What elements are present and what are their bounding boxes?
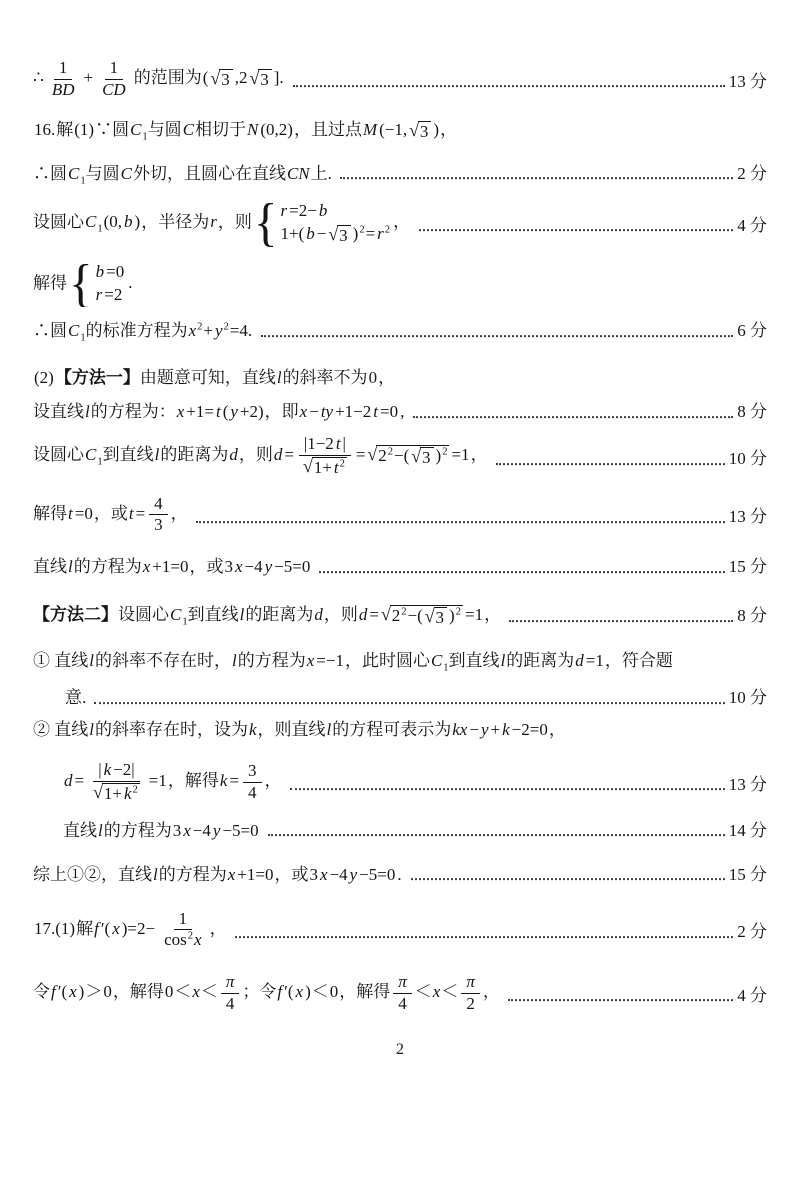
line-content: ② 直线l的斜率存在时，设为k，则直线l的方程可表示为kx−y+k−2=0，: [33, 715, 566, 740]
text-run: ＜: [312, 982, 329, 1001]
text-run: 解得: [33, 504, 67, 523]
math-variable: d: [313, 605, 324, 624]
solution-line-18: 综上①②，直线l的方程为x+1=0，或3x−4y−5=0.15 分: [33, 860, 767, 885]
math-variable: x: [295, 982, 305, 1001]
math-variable: l: [88, 651, 95, 670]
math-variable: C: [430, 651, 443, 670]
math-text: =: [365, 224, 377, 243]
math-text: +1−2: [334, 402, 372, 421]
dots-leader: [235, 936, 734, 938]
math-text: =0: [379, 402, 399, 421]
line-content: 解得t=0，或t=43，: [33, 495, 188, 535]
fraction: π4: [393, 973, 412, 1013]
math-text: −2=0: [511, 720, 549, 739]
line-content: ∴圆C1与圆C外切，且圆心在直线CN上.: [33, 159, 332, 184]
text-run: ，解得: [339, 982, 390, 1001]
solution-line-16: d=|k−2|√1+k2=1，解得k=34，13 分: [33, 761, 767, 803]
dots-leader: [509, 620, 733, 622]
math-text: |1−2: [303, 435, 335, 453]
math-variable: f: [50, 982, 57, 1001]
line-content: ∴1BD+1CD的范围为(√3,2√3].: [33, 59, 285, 99]
text-run: ，此时圆心: [345, 651, 430, 670]
math-text: 4: [153, 495, 164, 513]
math-variable: kx: [451, 720, 468, 739]
line-content: 解得{b=0r=2.: [33, 261, 134, 308]
math-text: +: [490, 720, 502, 739]
square-root: √22−(√3)2: [367, 445, 449, 467]
text-run: ② 直线: [33, 720, 88, 739]
math-variable: y: [229, 402, 239, 421]
solution-line-8: 设直线l的方程为：x+1=t(y+2)，即x−ty+1−2t=0,8 分: [33, 397, 767, 422]
dots-leader: [293, 85, 725, 87]
text-run: 的方程为: [159, 865, 227, 884]
text-run: ，解得: [113, 982, 164, 1001]
text-run: 解: [76, 919, 93, 938]
math-variable: l: [152, 865, 159, 884]
math-text: ，: [392, 212, 411, 231]
math-variable: b: [318, 201, 329, 220]
dots-leader: [196, 521, 725, 523]
text-run: ，则: [218, 212, 252, 231]
math-variable: CN: [286, 164, 311, 183]
superscript: 2: [401, 606, 406, 617]
math-text: ′(: [57, 982, 68, 1001]
math-variable: x: [234, 557, 244, 576]
square-root: √3: [411, 447, 433, 468]
math-variable: k: [248, 720, 258, 739]
radicand: 22−(√3)2: [390, 605, 463, 627]
math-variable: BD: [51, 80, 76, 99]
math-variable: t: [333, 458, 340, 477]
superscript: 2: [359, 225, 364, 236]
radicand: 3: [434, 607, 448, 628]
fraction-numerator: 1: [174, 910, 193, 931]
math-variable: b: [95, 262, 106, 281]
math-variable: π: [465, 973, 476, 991]
text-run: 解: [56, 120, 73, 139]
math-variable: CD: [101, 80, 127, 99]
math-text: 1: [58, 59, 69, 77]
math-text: 1+(: [280, 224, 306, 243]
math-variable: x: [68, 982, 78, 1001]
math-text: 3: [259, 70, 270, 89]
fraction-denominator: 4: [221, 994, 240, 1014]
math-variable: C: [169, 605, 182, 624]
dots-leader: [413, 416, 733, 418]
score-label: 2 分: [737, 159, 767, 184]
text-run: ＜: [441, 982, 458, 1001]
system-row: r=2−b: [280, 201, 391, 221]
square-root: √3: [328, 225, 350, 246]
math-variable: C: [84, 445, 97, 464]
text-run: 的方程为: [74, 557, 142, 576]
math-text: ): [304, 982, 312, 1001]
math-variable: r: [280, 201, 289, 220]
text-run: 外切，且圆心在直线: [133, 164, 286, 183]
fraction-denominator: 2: [461, 994, 480, 1014]
math-variable: y: [480, 720, 490, 739]
system-row: 1+(b−√3)2=r2: [280, 224, 391, 245]
line-content: 直线l的方程为3x−4y−5=0: [63, 816, 260, 841]
math-text: 3: [223, 557, 234, 576]
math-variable: x: [188, 321, 198, 340]
system-rows: b=0r=2: [95, 262, 126, 306]
math-text: 1: [178, 910, 189, 928]
solution-line-14: 意.10 分: [33, 683, 767, 708]
line-content: 设圆心C1(0,b)，半径为r，则{r=2−b1+(b−√3)2=r2，: [33, 200, 411, 247]
fraction-denominator: 3: [149, 515, 168, 535]
text-run: 的方程可表示为: [332, 720, 451, 739]
math-text: ′(: [283, 982, 294, 1001]
math-variable: π: [397, 973, 408, 991]
math-text: 4: [397, 994, 408, 1013]
math-variable: x: [193, 930, 203, 949]
math-text: =: [368, 605, 380, 624]
equation-system: {r=2−b1+(b−√3)2=r2: [254, 200, 390, 247]
solution-line-17: 直线l的方程为3x−4y−5=014 分: [33, 816, 767, 841]
fraction-numerator: |1−2t|: [299, 435, 351, 456]
text-run: ，则: [324, 605, 358, 624]
math-variable: t: [335, 435, 342, 453]
fraction-numerator: 4: [149, 495, 168, 516]
math-text: −4: [192, 821, 212, 840]
math-variable: x: [432, 982, 442, 1001]
score-label: 4 分: [737, 211, 767, 236]
math-text: −5=0: [273, 557, 311, 576]
system-rows: r=2−b1+(b−√3)2=r2: [280, 201, 391, 246]
score-label: 13 分: [729, 67, 767, 92]
score-label: 15 分: [729, 860, 767, 885]
fraction: 1cos2x: [159, 910, 206, 950]
math-text: −4: [329, 865, 349, 884]
text-run: ，则直线: [258, 720, 326, 739]
bold-text-run: 【方法二】: [33, 605, 118, 624]
math-text: +1=: [185, 402, 215, 421]
square-root: √3: [249, 69, 271, 90]
math-text: 0: [329, 982, 340, 1001]
solution-line-6: ∴圆C1的标准方程为x2+y2=4.6 分: [33, 316, 767, 341]
text-run: ，或: [94, 504, 128, 523]
math-text: 4: [225, 994, 236, 1013]
math-variable: b: [305, 224, 316, 243]
math-variable: C: [129, 120, 142, 139]
radicand: 1+t2: [312, 457, 347, 478]
solution-line-11: 直线l的方程为x+1=0，或3x−4y−5=015 分: [33, 552, 767, 577]
math-variable: l: [67, 557, 74, 576]
math-variable: y: [349, 865, 359, 884]
text-run: 的距离为: [160, 445, 228, 464]
math-variable: k: [501, 720, 511, 739]
solution-line-13: ① 直线l的斜率不存在时，l的方程为x=−1，此时圆心C1到直线l的距离为d=1…: [33, 646, 767, 671]
math-text: =: [135, 504, 147, 523]
math-text: −: [308, 402, 320, 421]
text-run: ，解得: [168, 771, 219, 790]
math-text: ): [432, 120, 440, 139]
math-variable: k: [219, 771, 229, 790]
text-run: 的方程为：: [91, 402, 176, 421]
line-content: 令f′(x)＞0，解得0＜x＜π4；令f′(x)＜0，解得π4＜x＜π2，: [33, 973, 500, 1013]
math-variable: C: [182, 120, 195, 139]
math-variable: y: [264, 557, 274, 576]
square-root: √3: [409, 121, 431, 142]
math-text: =: [74, 771, 86, 790]
math-variable: t: [372, 402, 379, 421]
line-content: ∴圆C1的标准方程为x2+y2=4.: [33, 316, 253, 341]
math-text: =2: [103, 285, 123, 304]
text-run: ；令: [242, 982, 276, 1001]
text-run: ，或: [274, 865, 308, 884]
math-variable: f: [93, 919, 100, 938]
fraction-numerator: 1: [105, 59, 124, 80]
text-run: 由题意可知，直线: [140, 368, 276, 387]
text-run: 的斜率不存在时，: [95, 651, 231, 670]
text-run: ，: [210, 919, 227, 938]
text-run: ，半径为: [141, 212, 209, 231]
math-variable: d: [358, 605, 369, 624]
square-root: √3: [210, 69, 232, 90]
text-run: 设圆心: [118, 605, 169, 624]
math-text: ].: [273, 68, 285, 87]
dots-leader: [508, 999, 733, 1001]
text-run: ∴圆: [33, 164, 67, 183]
math-text: cos: [163, 930, 188, 949]
math-variable: d: [63, 771, 74, 790]
math-text: ,: [399, 402, 405, 421]
math-text: (2): [33, 368, 55, 387]
text-run: ＞: [85, 982, 102, 1001]
radicand: 22−(√3)2: [376, 445, 449, 467]
math-text: 3: [172, 821, 183, 840]
dots-leader: [419, 229, 733, 231]
math-variable: r: [95, 285, 104, 304]
math-text: (−1,: [378, 120, 408, 139]
fraction: 1CD: [97, 59, 131, 99]
dots-leader: [411, 878, 725, 880]
math-variable: r: [376, 224, 385, 243]
radicand: 1+k2: [102, 783, 140, 804]
math-variable: r: [209, 212, 218, 231]
math-text: 3: [220, 70, 231, 89]
fraction: 43: [149, 495, 168, 535]
math-variable: x: [182, 821, 192, 840]
math-text: ): [448, 606, 456, 625]
solution-line-15: ② 直线l的斜率存在时，设为k，则直线l的方程可表示为kx−y+k−2=0，: [33, 715, 767, 740]
fraction-numerator: 3: [243, 762, 262, 783]
solution-line-5: 解得{b=0r=2.: [33, 261, 767, 308]
math-variable: k: [103, 761, 113, 779]
system-brace: {: [69, 261, 93, 308]
text-run: 到直线: [188, 605, 239, 624]
fraction: 34: [243, 762, 262, 802]
system-row: r=2: [95, 285, 126, 305]
math-variable: N: [246, 120, 259, 139]
math-variable: x: [176, 402, 186, 421]
text-run: 的范围为: [134, 68, 202, 87]
math-variable: t: [67, 504, 74, 523]
math-text: 3: [421, 448, 432, 467]
fraction-denominator: √1+k2: [88, 782, 145, 804]
fraction: 1BD: [47, 59, 80, 99]
system-row: b=0: [95, 262, 126, 282]
text-run: 意.: [65, 688, 86, 707]
dots-leader: [340, 177, 733, 179]
math-text: (1): [73, 120, 95, 139]
fraction: |1−2t|√1+t2: [298, 435, 352, 477]
line-content: 意.: [65, 683, 86, 708]
text-run: 到直线: [103, 445, 154, 464]
math-text: 2: [391, 606, 402, 625]
solution-line-20: 令f′(x)＞0，解得0＜x＜π4；令f′(x)＜0，解得π4＜x＜π2，4 分: [33, 973, 767, 1013]
math-text: 3: [247, 761, 258, 780]
text-run: 综上①②，直线: [33, 865, 152, 884]
text-run: 设圆心: [33, 212, 84, 231]
dots-leader: [290, 789, 725, 791]
superscript: 2: [456, 606, 461, 617]
math-text: 16.: [33, 120, 56, 139]
square-root: √1+k2: [93, 783, 140, 804]
math-variable: π: [225, 973, 236, 991]
text-run: 的标准方程为: [86, 321, 188, 340]
math-text: 3: [153, 515, 164, 534]
fraction-denominator: 4: [393, 994, 412, 1014]
square-root: √22−(√3)2: [381, 605, 463, 627]
text-run: 与圆: [86, 164, 120, 183]
text-run: 的方程为: [238, 651, 306, 670]
text-run: ，: [471, 445, 488, 464]
math-text: 0: [368, 368, 379, 387]
math-variable: C: [120, 164, 133, 183]
square-root: √3: [425, 607, 447, 628]
text-run: ，: [440, 120, 457, 139]
dots-leader: [319, 571, 724, 573]
math-text: 0: [164, 982, 175, 1001]
solution-line-19: 17.(1)解f′(x)=2−1cos2x，2 分: [33, 910, 767, 950]
text-run: 相切于: [195, 120, 246, 139]
math-text: −4: [244, 557, 264, 576]
dots-leader: [94, 702, 725, 704]
line-content: ① 直线l的斜率不存在时，l的方程为x=−1，此时圆心C1到直线l的距离为d=1…: [33, 646, 673, 671]
fraction: π4: [221, 973, 240, 1013]
math-text: 3: [435, 608, 446, 627]
math-text: 2: [465, 994, 476, 1013]
math-text: =0: [74, 504, 94, 523]
math-variable: C: [84, 212, 97, 231]
text-run: ∴: [33, 68, 44, 87]
math-variable: d: [273, 445, 284, 464]
math-variable: M: [362, 120, 378, 139]
score-label: 8 分: [737, 601, 767, 626]
math-variable: C: [67, 164, 80, 183]
math-text: =: [283, 445, 295, 464]
math-variable: d: [228, 445, 239, 464]
radicand: 3: [258, 69, 272, 90]
math-variable: x: [142, 557, 152, 576]
fraction-denominator: cos2x: [159, 930, 206, 950]
math-variable: x: [319, 865, 329, 884]
math-text: −(: [407, 606, 424, 625]
math-text: =4.: [229, 321, 253, 340]
math-variable: l: [97, 821, 104, 840]
text-run: ＜: [201, 982, 218, 1001]
dots-leader: [268, 834, 725, 836]
math-variable: k: [123, 784, 133, 803]
line-content: 设直线l的方程为：x+1=t(y+2)，即x−ty+1−2t=0,: [33, 397, 405, 422]
text-run: ∴圆: [33, 321, 67, 340]
math-text: −(: [393, 446, 410, 465]
text-run: ，: [483, 982, 500, 1001]
line-content: 设圆心C1到直线l的距离为d，则d=|1−2t|√1+t2=√22−(√3)2=…: [33, 435, 488, 477]
math-text: +1=0: [236, 865, 274, 884]
math-text: 1+: [103, 784, 123, 803]
page-number: 2: [0, 1041, 800, 1059]
math-text: 1+: [313, 458, 333, 477]
math-text: +2): [239, 402, 265, 421]
math-text: =2−: [288, 201, 318, 220]
bold-text-run: 【方法一】: [55, 368, 140, 387]
math-text: =1: [450, 445, 470, 464]
fraction-denominator: 4: [243, 783, 262, 803]
fraction-denominator: BD: [47, 80, 80, 100]
line-content: 综上①②，直线l的方程为x+1=0，或3x−4y−5=0.: [33, 860, 403, 885]
math-text: +1=0: [151, 557, 189, 576]
math-variable: ty: [320, 402, 334, 421]
math-text: (: [202, 68, 210, 87]
math-text: =0: [105, 262, 125, 281]
score-label: 15 分: [729, 552, 767, 577]
math-text: |: [342, 435, 347, 453]
fraction-numerator: π: [461, 973, 480, 994]
text-run: ，或: [189, 557, 223, 576]
fraction-numerator: π: [393, 973, 412, 994]
radicand: 3: [219, 69, 233, 90]
text-run: ＜: [415, 982, 432, 1001]
fraction-numerator: 1: [54, 59, 73, 80]
superscript: 2: [340, 458, 345, 469]
text-run: ∵圆: [95, 120, 129, 139]
text-run: ，则: [239, 445, 273, 464]
text-run: 与圆: [148, 120, 182, 139]
math-text: ,2: [234, 68, 249, 87]
math-text: −5=0: [358, 865, 396, 884]
score-label: 14 分: [729, 816, 767, 841]
text-run: ，: [484, 605, 501, 624]
math-text: 2: [377, 446, 388, 465]
math-text: −: [316, 224, 328, 243]
math-text: .: [127, 273, 133, 292]
solution-line-4: 设圆心C1(0,b)，半径为r，则{r=2−b1+(b−√3)2=r2，4 分: [33, 200, 767, 247]
math-text: =1: [585, 651, 605, 670]
math-variable: l: [276, 368, 283, 387]
text-run: 令: [33, 982, 50, 1001]
text-run: 直线: [33, 557, 67, 576]
math-text: 1: [109, 59, 120, 77]
solution-line-3: ∴圆C1与圆C外切，且圆心在直线CN上.2 分: [33, 159, 767, 184]
text-run: ，: [265, 771, 282, 790]
fraction-denominator: CD: [97, 80, 131, 100]
score-label: 2 分: [737, 917, 767, 942]
text-run: ，符合题: [605, 651, 673, 670]
math-text: 3: [308, 865, 319, 884]
fraction-denominator: √1+t2: [298, 456, 352, 478]
text-run: 设直线: [33, 402, 84, 421]
text-run: ＜: [174, 982, 191, 1001]
math-variable: y: [214, 321, 224, 340]
text-run: 的斜率存在时，设为: [95, 720, 248, 739]
line-content: d=|k−2|√1+k2=1，解得k=34，: [63, 761, 282, 803]
superscript: 2: [133, 784, 138, 795]
line-content: 【方法二】设圆心C1到直线l的距离为d，则d=√22−(√3)2=1，: [33, 600, 501, 627]
math-text: −2|: [112, 761, 136, 779]
